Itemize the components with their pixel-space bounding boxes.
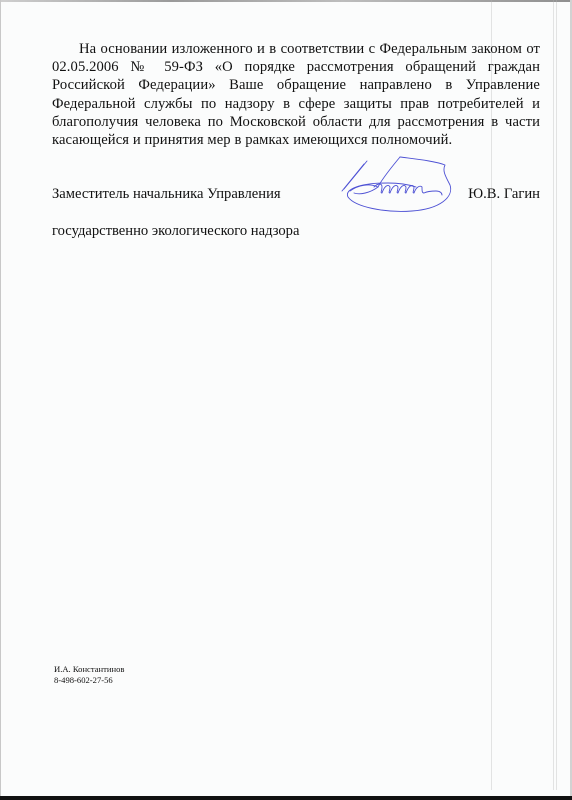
scan-streak <box>556 0 557 790</box>
scan-edge-left <box>0 0 1 800</box>
body-paragraph: На основании изложенного и в соответстви… <box>52 40 540 149</box>
signer-position-line-2: государственно экологического надзора <box>52 222 299 240</box>
signer-position: Заместитель начальника Управления госуда… <box>52 167 299 258</box>
scan-edge-top <box>0 0 572 2</box>
signer-position-line-1: Заместитель начальника Управления <box>52 185 299 203</box>
executor-name: И.А. Константинов <box>54 664 124 675</box>
executor-footer: И.А. Константинов 8-498-602-27-56 <box>54 664 124 685</box>
signature-block: Заместитель начальника Управления госуда… <box>52 167 540 227</box>
executor-phone: 8-498-602-27-56 <box>54 675 124 686</box>
handwritten-signature-icon <box>330 149 470 219</box>
signer-name: Ю.В. Гагин <box>468 185 540 203</box>
scan-streak <box>553 0 554 790</box>
scan-edge-bottom <box>0 796 572 800</box>
